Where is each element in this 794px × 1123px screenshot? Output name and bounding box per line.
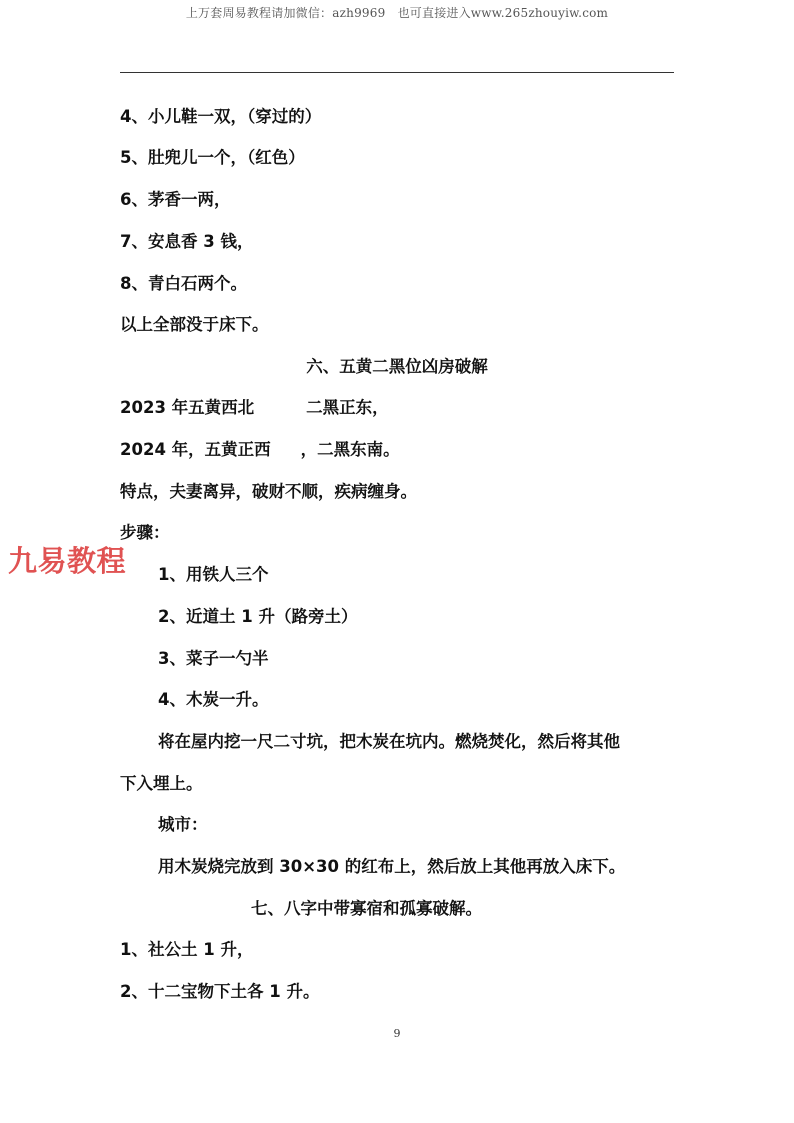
- step-item: 4、木炭一升。: [158, 689, 268, 711]
- list-item: 6、茅香一两，: [120, 189, 230, 211]
- year-2024-erhei: ，二黑东南。: [301, 440, 400, 459]
- list-item: 2、十二宝物下土各 1 升。: [120, 981, 319, 1003]
- list-item: 8、青白石两个。: [120, 273, 247, 295]
- year-2023-erhei: 二黑正东，: [306, 398, 389, 417]
- page-header-ad: 上万套周易教程请加微信：azh9969 也可直接进入www.265zhouyiw…: [0, 4, 794, 21]
- year-2023-wuhuang: 2023 年五黄西北: [120, 398, 254, 417]
- page-number: 9: [0, 1027, 794, 1040]
- watermark-logo: 九易教程: [8, 543, 126, 579]
- list-item: 5、肚兜儿一个，（红色）: [120, 147, 305, 169]
- summary-text: 以上全部没于床下。: [120, 314, 269, 336]
- steps-label: 步骤：: [120, 522, 170, 544]
- features-text: 特点，夫妻离异，破财不顺，疾病缠身。: [120, 481, 417, 503]
- list-item: 7、安息香 3 钱，: [120, 231, 253, 253]
- step-item: 3、菜子一勺半: [158, 648, 268, 670]
- list-item: 1、社公土 1 升，: [120, 939, 253, 961]
- header-rule: [120, 72, 674, 73]
- instruction-paragraph-cont: 下入埋上。: [120, 773, 203, 795]
- step-item: 1、用铁人三个: [158, 564, 268, 586]
- step-item: 2、近道土 1 升（路旁土）: [158, 606, 357, 628]
- city-label: 城市：: [158, 814, 208, 836]
- city-instruction: 用木炭烧完放到 30×30 的红布上，然后放上其他再放入床下。: [158, 856, 625, 878]
- year-2024-line: 2024 年，五黄正西，二黑东南。: [120, 439, 400, 461]
- section-title: 七、八字中带寡宿和孤寡破解。: [251, 898, 482, 920]
- year-2024-wuhuang: 2024 年，五黄正西: [120, 440, 271, 459]
- list-item: 4、小儿鞋一双，（穿过的）: [120, 106, 321, 128]
- year-2023-line: 2023 年五黄西北二黑正东，: [120, 397, 389, 419]
- section-title: 六、五黄二黑位凶房破解: [0, 356, 794, 378]
- instruction-paragraph: 将在屋内挖一尺二寸坑，把木炭在坑内。燃烧焚化，然后将其他: [158, 731, 620, 753]
